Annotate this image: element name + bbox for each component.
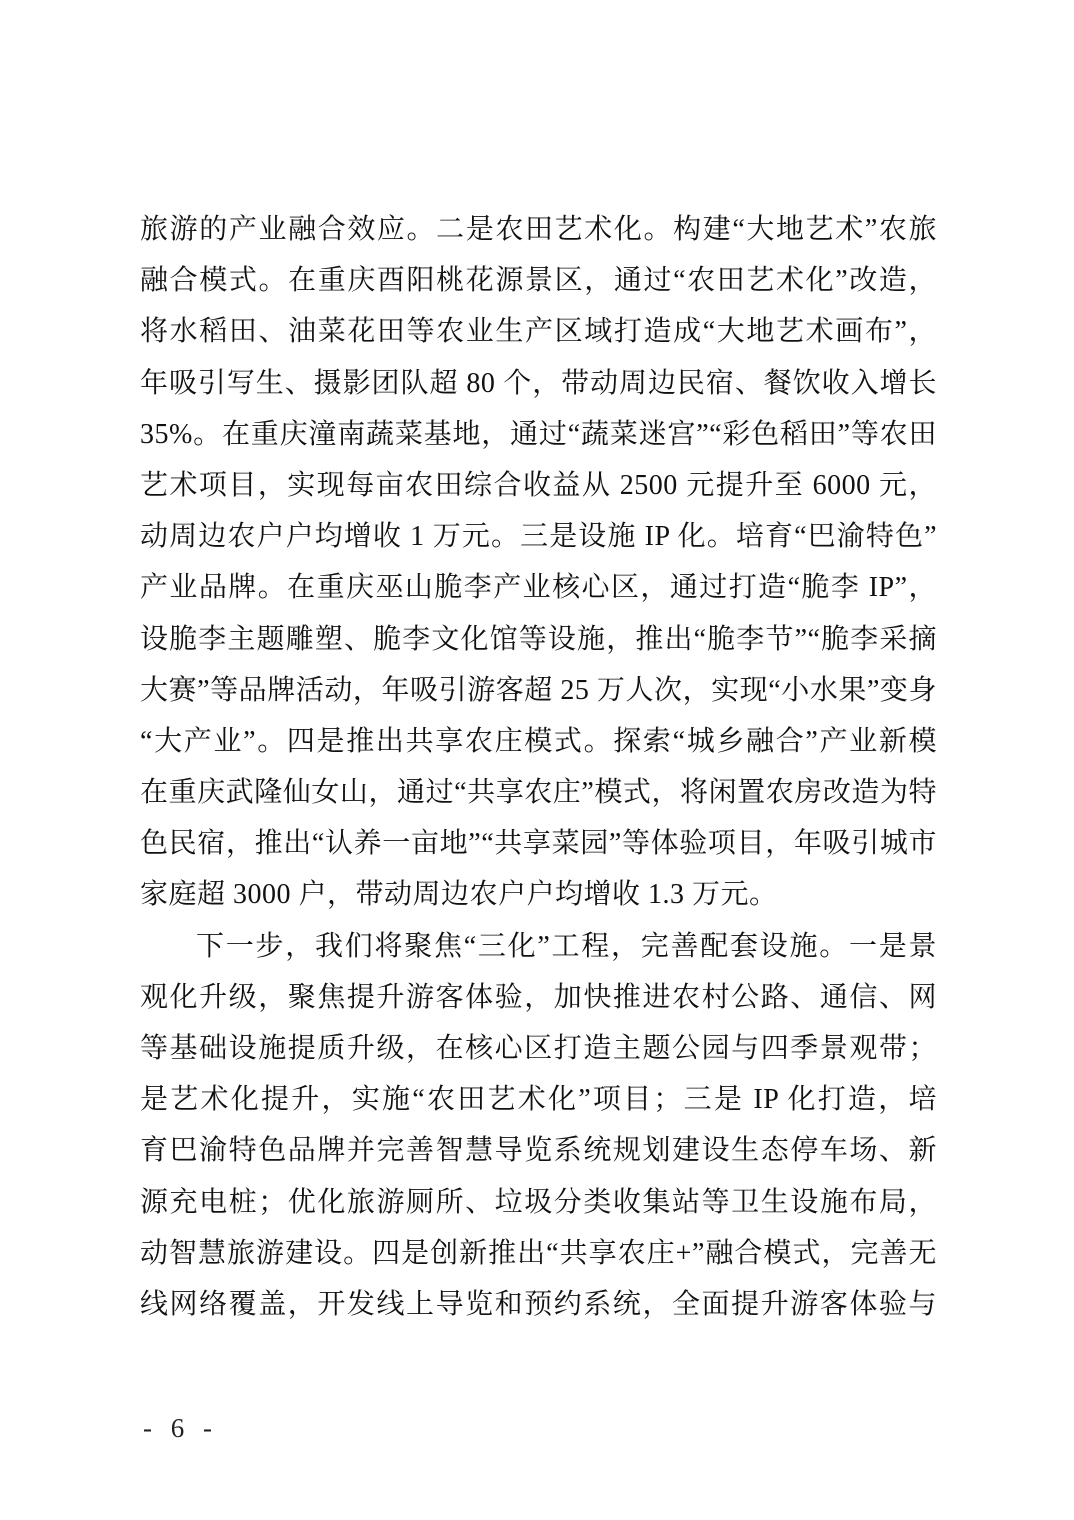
page-number: - 6 -	[143, 1408, 218, 1448]
text-line: 35%。在重庆潼南蔬菜基地，通过“蔬菜迷宫”“彩色稻田”等农田	[140, 409, 937, 460]
text-line: 将水稻田、油菜花田等农业生产区域打造成“大地艺术画布”，	[140, 306, 937, 357]
text-line: 在重庆武隆仙女山，通过“共享农庄”模式，将闲置农房改造为特	[140, 767, 937, 818]
text-line: 育巴渝特色品牌并完善智慧导览系统规划建设生态停车场、新能	[140, 1125, 937, 1176]
text-line: 色民宿，推出“认养一亩地”“共享菜园”等体验项目，年吸引城市	[140, 818, 937, 869]
text-line: 大赛”等品牌活动，年吸引游客超 25 万人次，实现“小水果”变身	[140, 665, 937, 716]
text-line: 年吸引写生、摄影团队超 80 个，带动周边民宿、餐饮收入增长	[140, 358, 937, 409]
text-line: 下一步，我们将聚焦“三化”工程，完善配套设施。一是景	[140, 921, 937, 972]
text-line: 设脆李主题雕塑、脆李文化馆等设施，推出“脆李节”“脆李采摘	[140, 614, 937, 665]
text-line: 是艺术化提升，实施“农田艺术化”项目；三是 IP 化打造，培	[140, 1074, 937, 1125]
text-line: “大产业”。四是推出共享农庄模式。探索“城乡融合”产业新模式。	[140, 716, 937, 767]
text-line: 动智慧旅游建设。四是创新推出“共享农庄+”融合模式，完善无	[140, 1228, 937, 1279]
text-line: 源充电桩；优化旅游厕所、垃圾分类收集站等卫生设施布局，推	[140, 1177, 937, 1228]
text-line: 旅游的产业融合效应。二是农田艺术化。构建“大地艺术”农旅	[140, 204, 937, 255]
document-page: 旅游的产业融合效应。二是农田艺术化。构建“大地艺术”农旅 融合模式。在重庆酉阳桃…	[0, 0, 1074, 1520]
text-line: 观化升级，聚焦提升游客体验，加快推进农村公路、通信、网络	[140, 972, 937, 1023]
text-line: 动周边农户户均增收 1 万元。三是设施 IP 化。培育“巴渝特色”	[140, 511, 937, 562]
text-line: 产业品牌。在重庆巫山脆李产业核心区，通过打造“脆李 IP”，建	[140, 562, 937, 613]
text-line: 艺术项目，实现每亩农田综合收益从 2500 元提升至 6000 元，带	[140, 460, 937, 511]
document-body: 旅游的产业融合效应。二是农田艺术化。构建“大地艺术”农旅 融合模式。在重庆酉阳桃…	[140, 204, 937, 1330]
text-line: 融合模式。在重庆酉阳桃花源景区，通过“农田艺术化”改造，	[140, 255, 937, 306]
text-line: 线网络覆盖，开发线上导览和预约系统，全面提升游客体验与产	[140, 1279, 937, 1330]
text-line: 等基础设施提质升级，在核心区打造主题公园与四季景观带；二	[140, 1023, 937, 1074]
text-line: 家庭超 3000 户，带动周边农户户均增收 1.3 万元。	[140, 869, 937, 920]
paragraph-1: 旅游的产业融合效应。二是农田艺术化。构建“大地艺术”农旅 融合模式。在重庆酉阳桃…	[140, 204, 937, 921]
paragraph-2: 下一步，我们将聚焦“三化”工程，完善配套设施。一是景 观化升级，聚焦提升游客体验…	[140, 921, 937, 1331]
